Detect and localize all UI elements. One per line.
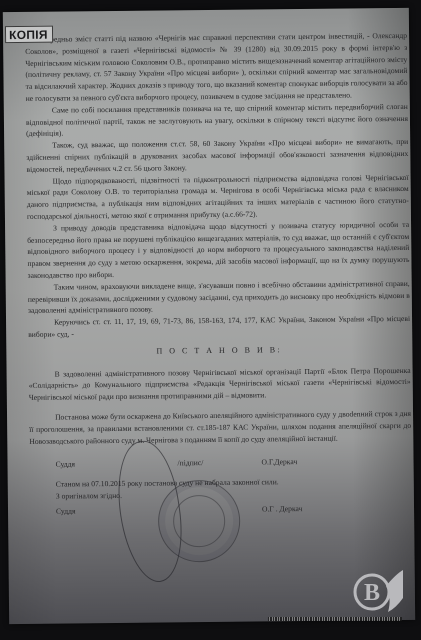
paragraph: безпосередньо зміст статті під назвою «Ч… [25,30,408,105]
paragraph: Також, суд вважає, що положення ст.ст. 5… [26,136,408,175]
judge-name: О.Г.Деркач [261,456,297,468]
paragraph: Керуючись ст. ст. 11, 17, 19, 69, 71-73,… [28,313,410,341]
signature-mark: /підпис/ [177,457,203,469]
paragraph: З приводу доводів представника відповіда… [27,219,410,282]
paragraph: Щодо підпорядкованості, підзвітності та … [27,171,409,222]
signature-role: Суддя [55,459,75,471]
copy-stamp: КОПІЯ [5,26,53,43]
judge-name: О.Г . Деркач [262,503,302,515]
document-body: безпосередньо зміст статті під назвою «Ч… [25,30,412,526]
signature-role: Суддя [56,506,76,518]
appeal-text: Постанова може бути оскаржена до Київськ… [29,408,411,447]
document-page: КОПІЯ безпосередньо зміст статті під наз… [3,8,415,624]
signature-row-2: Суддя О.Г . Деркач [30,498,412,526]
resolution-heading: П О С Т А Н О В И В: [28,343,410,359]
logo-letter: В [364,580,380,606]
signature-row-1: Суддя /підпис/ О.Г.Деркач [29,451,411,479]
resolution-text: В задоволенні адміністративного позову Ч… [29,364,411,403]
publisher-logo-icon: В [352,568,404,614]
barcode [268,617,402,621]
paragraph: Саме по собі посилання представників поз… [26,101,408,140]
paragraph: Таким чином, враховуючи викладене вище, … [28,278,410,317]
